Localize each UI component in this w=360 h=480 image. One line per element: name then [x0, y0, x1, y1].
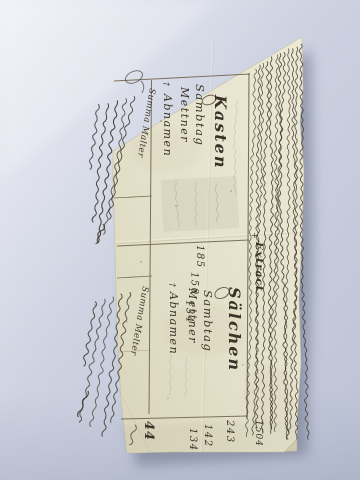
column2-row-label: Mettner	[186, 287, 199, 344]
age-stain	[244, 363, 292, 427]
column1-row-label: Abnamen	[161, 93, 174, 157]
manuscript-photo-canvas: Extract + Kasten Sambtag Mettner Abnamen…	[0, 0, 360, 480]
sum-left-value: 44	[141, 421, 156, 441]
column2-value: 243	[224, 419, 235, 444]
column2-value: 142	[202, 424, 213, 448]
column2-row-label: Abnamen	[167, 291, 180, 355]
column1-row-label: Sambtag	[193, 84, 207, 146]
ink-bleed-patch	[161, 176, 240, 232]
title-word: Extract	[253, 241, 265, 292]
column2-value: 134	[187, 428, 198, 452]
column1-value: 185	[194, 245, 205, 269]
sum-right-value: 1504	[253, 420, 263, 447]
column1-row-label: Mettner	[178, 86, 191, 143]
column2-row-label: Sambtag	[201, 290, 215, 352]
column1-heading: Kasten	[211, 94, 230, 169]
photo-of-manuscript: Extract + Kasten Sambtag Mettner Abnamen…	[0, 0, 360, 480]
title-cross-mark: +	[250, 232, 259, 239]
column2-heading: Sälchen	[225, 287, 244, 372]
